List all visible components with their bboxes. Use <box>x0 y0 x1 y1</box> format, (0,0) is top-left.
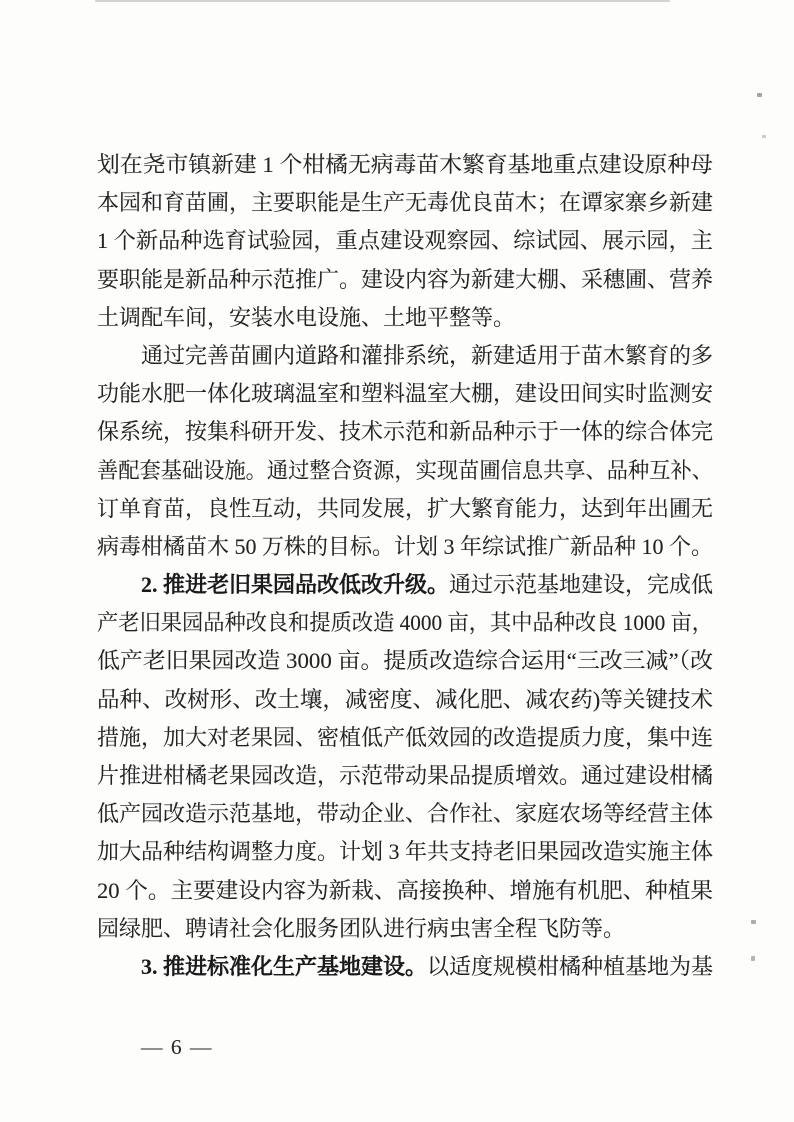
document-body: 划在尧市镇新建 1 个柑橘无病毒苗木繁育基地重点建设原种母 本园和育苗圃，主要职… <box>97 146 713 986</box>
text-line: 订单育苗，良性互动，共同发展，扩大繁育能力，达到年出圃无 <box>97 490 713 528</box>
text-line: 低产园改造示范基地，带动企业、合作社、家庭农场等经营主体 <box>97 795 713 833</box>
text-line: 功能水肥一体化玻璃温室和塑料温室大棚，建设田间实时监测安 <box>97 375 713 413</box>
text-line: 善配套基础设施。通过整合资源，实现苗圃信息共享、品种互补、 <box>97 452 713 490</box>
text-line: 品种、改树形、改土壤，减密度、减化肥、减农药)等关键技术 <box>97 681 713 719</box>
section-lead-3: 3. 推进标准化生产基地建设。 <box>141 954 427 979</box>
document-page: 划在尧市镇新建 1 个柑橘无病毒苗木繁育基地重点建设原种母 本园和育苗圃，主要职… <box>0 0 794 1122</box>
text-line: 低产老旧果园改造 3000 亩。提质改造综合运用“三改三减”（改 <box>97 642 713 680</box>
scan-edge-artifact <box>95 0 670 2</box>
text-line: 通过完善苗圃内道路和灌排系统，新建适用于苗木繁育的多 <box>97 337 713 375</box>
scan-speck <box>762 135 766 138</box>
text-line: 病毒柑橘苗木 50 万株的目标。计划 3 年综试推广新品种 10 个。 <box>97 528 713 566</box>
text-run: 通过示范基地建设，完成低 <box>449 572 713 597</box>
text-line: 片推进柑橘老果园改造，示范带动果品提质增效。通过建设柑橘 <box>97 757 713 795</box>
page-number: — 6 — <box>141 1032 213 1062</box>
text-run: 以适度规模柑橘种植基地为基 <box>427 954 713 979</box>
text-line: 本园和育苗圃，主要职能是生产无毒优良苗木；在谭家寨乡新建 <box>97 184 713 222</box>
text-line: 土调配车间，安装水电设施、土地平整等。 <box>97 299 713 337</box>
text-line: 3. 推进标准化生产基地建设。以适度规模柑橘种植基地为基 <box>97 948 713 986</box>
scan-speck <box>751 920 756 924</box>
text-line: 产老旧果园品种改良和提质改造 4000 亩，其中品种改良 1000 亩， <box>97 604 713 642</box>
scan-speck <box>751 956 755 961</box>
text-line: 保系统，按集科研开发、技术示范和新品种示于一体的综合体完 <box>97 413 713 451</box>
scan-speck <box>757 93 762 97</box>
text-line: 措施，加大对老果园、密植低产低效园的改造提质力度，集中连 <box>97 719 713 757</box>
text-line: 园绿肥、聘请社会化服务团队进行病虫害全程飞防等。 <box>97 910 713 948</box>
text-line: 加大品种结构调整力度。计划 3 年共支持老旧果园改造实施主体 <box>97 833 713 871</box>
text-line: 要职能是新品种示范推广。建设内容为新建大棚、采穗圃、营养 <box>97 261 713 299</box>
text-line: 20 个。主要建设内容为新栽、高接换种、增施有机肥、种植果 <box>97 872 713 910</box>
text-line: 1 个新品种选育试验园，重点建设观察园、综试园、展示园，主 <box>97 222 713 260</box>
section-lead-2: 2. 推进老旧果园品改低改升级。 <box>141 572 449 597</box>
text-line: 2. 推进老旧果园品改低改升级。通过示范基地建设，完成低 <box>97 566 713 604</box>
text-line: 划在尧市镇新建 1 个柑橘无病毒苗木繁育基地重点建设原种母 <box>97 146 713 184</box>
